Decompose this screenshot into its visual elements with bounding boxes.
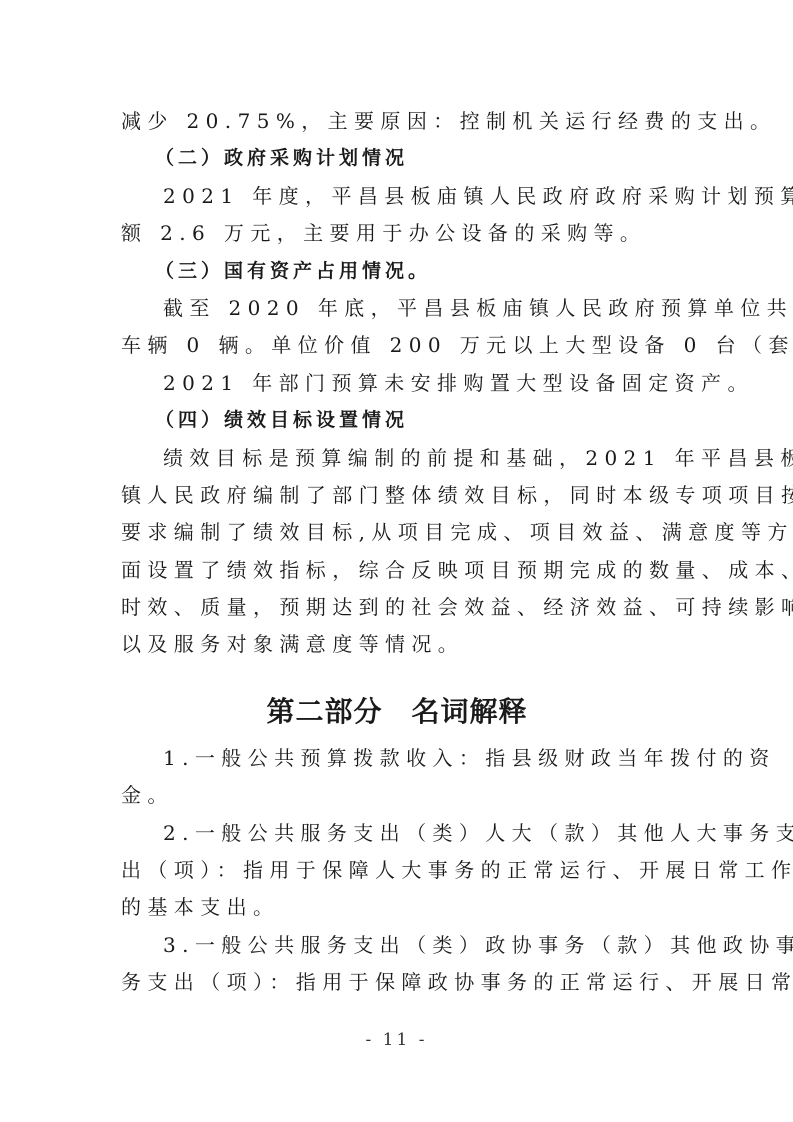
section-heading-procurement: （二）政府采购计划情况 bbox=[121, 140, 673, 177]
paragraph-line: 截至 2020 年底，平昌县板庙镇人民政府预算单位共有 bbox=[121, 290, 673, 327]
paragraph-line: 镇人民政府编制了部门整体绩效目标，同时本级专项项目按 bbox=[121, 477, 673, 514]
paragraph-line: 要求编制了绩效目标,从项目完成、项目效益、满意度等方 bbox=[121, 514, 673, 551]
definition-line: 金。 bbox=[121, 777, 673, 814]
paragraph-line: 面设置了绩效指标，综合反映项目预期完成的数量、成本、 bbox=[121, 552, 673, 589]
definition-line: 出（项）：指用于保障人大事务的正常运行、开展日常工作 bbox=[121, 852, 673, 889]
definition-line: 2.一般公共服务支出（类）人大（款）其他人大事务支 bbox=[121, 815, 673, 852]
part-title: 第二部分 名词解释 bbox=[121, 684, 673, 740]
section-heading-performance: （四）绩效目标设置情况 bbox=[121, 402, 673, 439]
paragraph-line: 时效、质量，预期达到的社会效益、经济效益、可持续影响 bbox=[121, 589, 673, 626]
paragraph-line: 以及服务对象满意度等情况。 bbox=[121, 626, 673, 663]
document-page: 减少 20.75%，主要原因：控制机关运行经费的支出。 （二）政府采购计划情况 … bbox=[121, 103, 673, 1002]
paragraph-line: 绩效目标是预算编制的前提和基础，2021 年平昌县板庙 bbox=[121, 440, 673, 477]
paragraph-line: 2021 年度，平昌县板庙镇人民政府政府采购计划预算总 bbox=[121, 178, 673, 215]
paragraph-line: 2021 年部门预算未安排购置大型设备固定资产。 bbox=[121, 365, 673, 402]
paragraph-line: 额 2.6 万元，主要用于办公设备的采购等。 bbox=[121, 215, 673, 252]
definition-line: 务支出（项）：指用于保障政协事务的正常运行、开展日常 bbox=[121, 964, 673, 1001]
definition-line: 3.一般公共服务支出（类）政协事务（款）其他政协事 bbox=[121, 927, 673, 964]
page-number: - 11 - bbox=[0, 1030, 793, 1050]
definition-line: 1.一般公共预算拨款收入：指县级财政当年拨付的资 bbox=[121, 740, 673, 777]
section-heading-assets: （三）国有资产占用情况。 bbox=[121, 253, 673, 290]
definition-line: 的基本支出。 bbox=[121, 889, 673, 926]
paragraph-line: 减少 20.75%，主要原因：控制机关运行经费的支出。 bbox=[121, 103, 673, 140]
paragraph-line: 车辆 0 辆。单位价值 200 万元以上大型设备 0 台（套）。 bbox=[121, 327, 673, 364]
